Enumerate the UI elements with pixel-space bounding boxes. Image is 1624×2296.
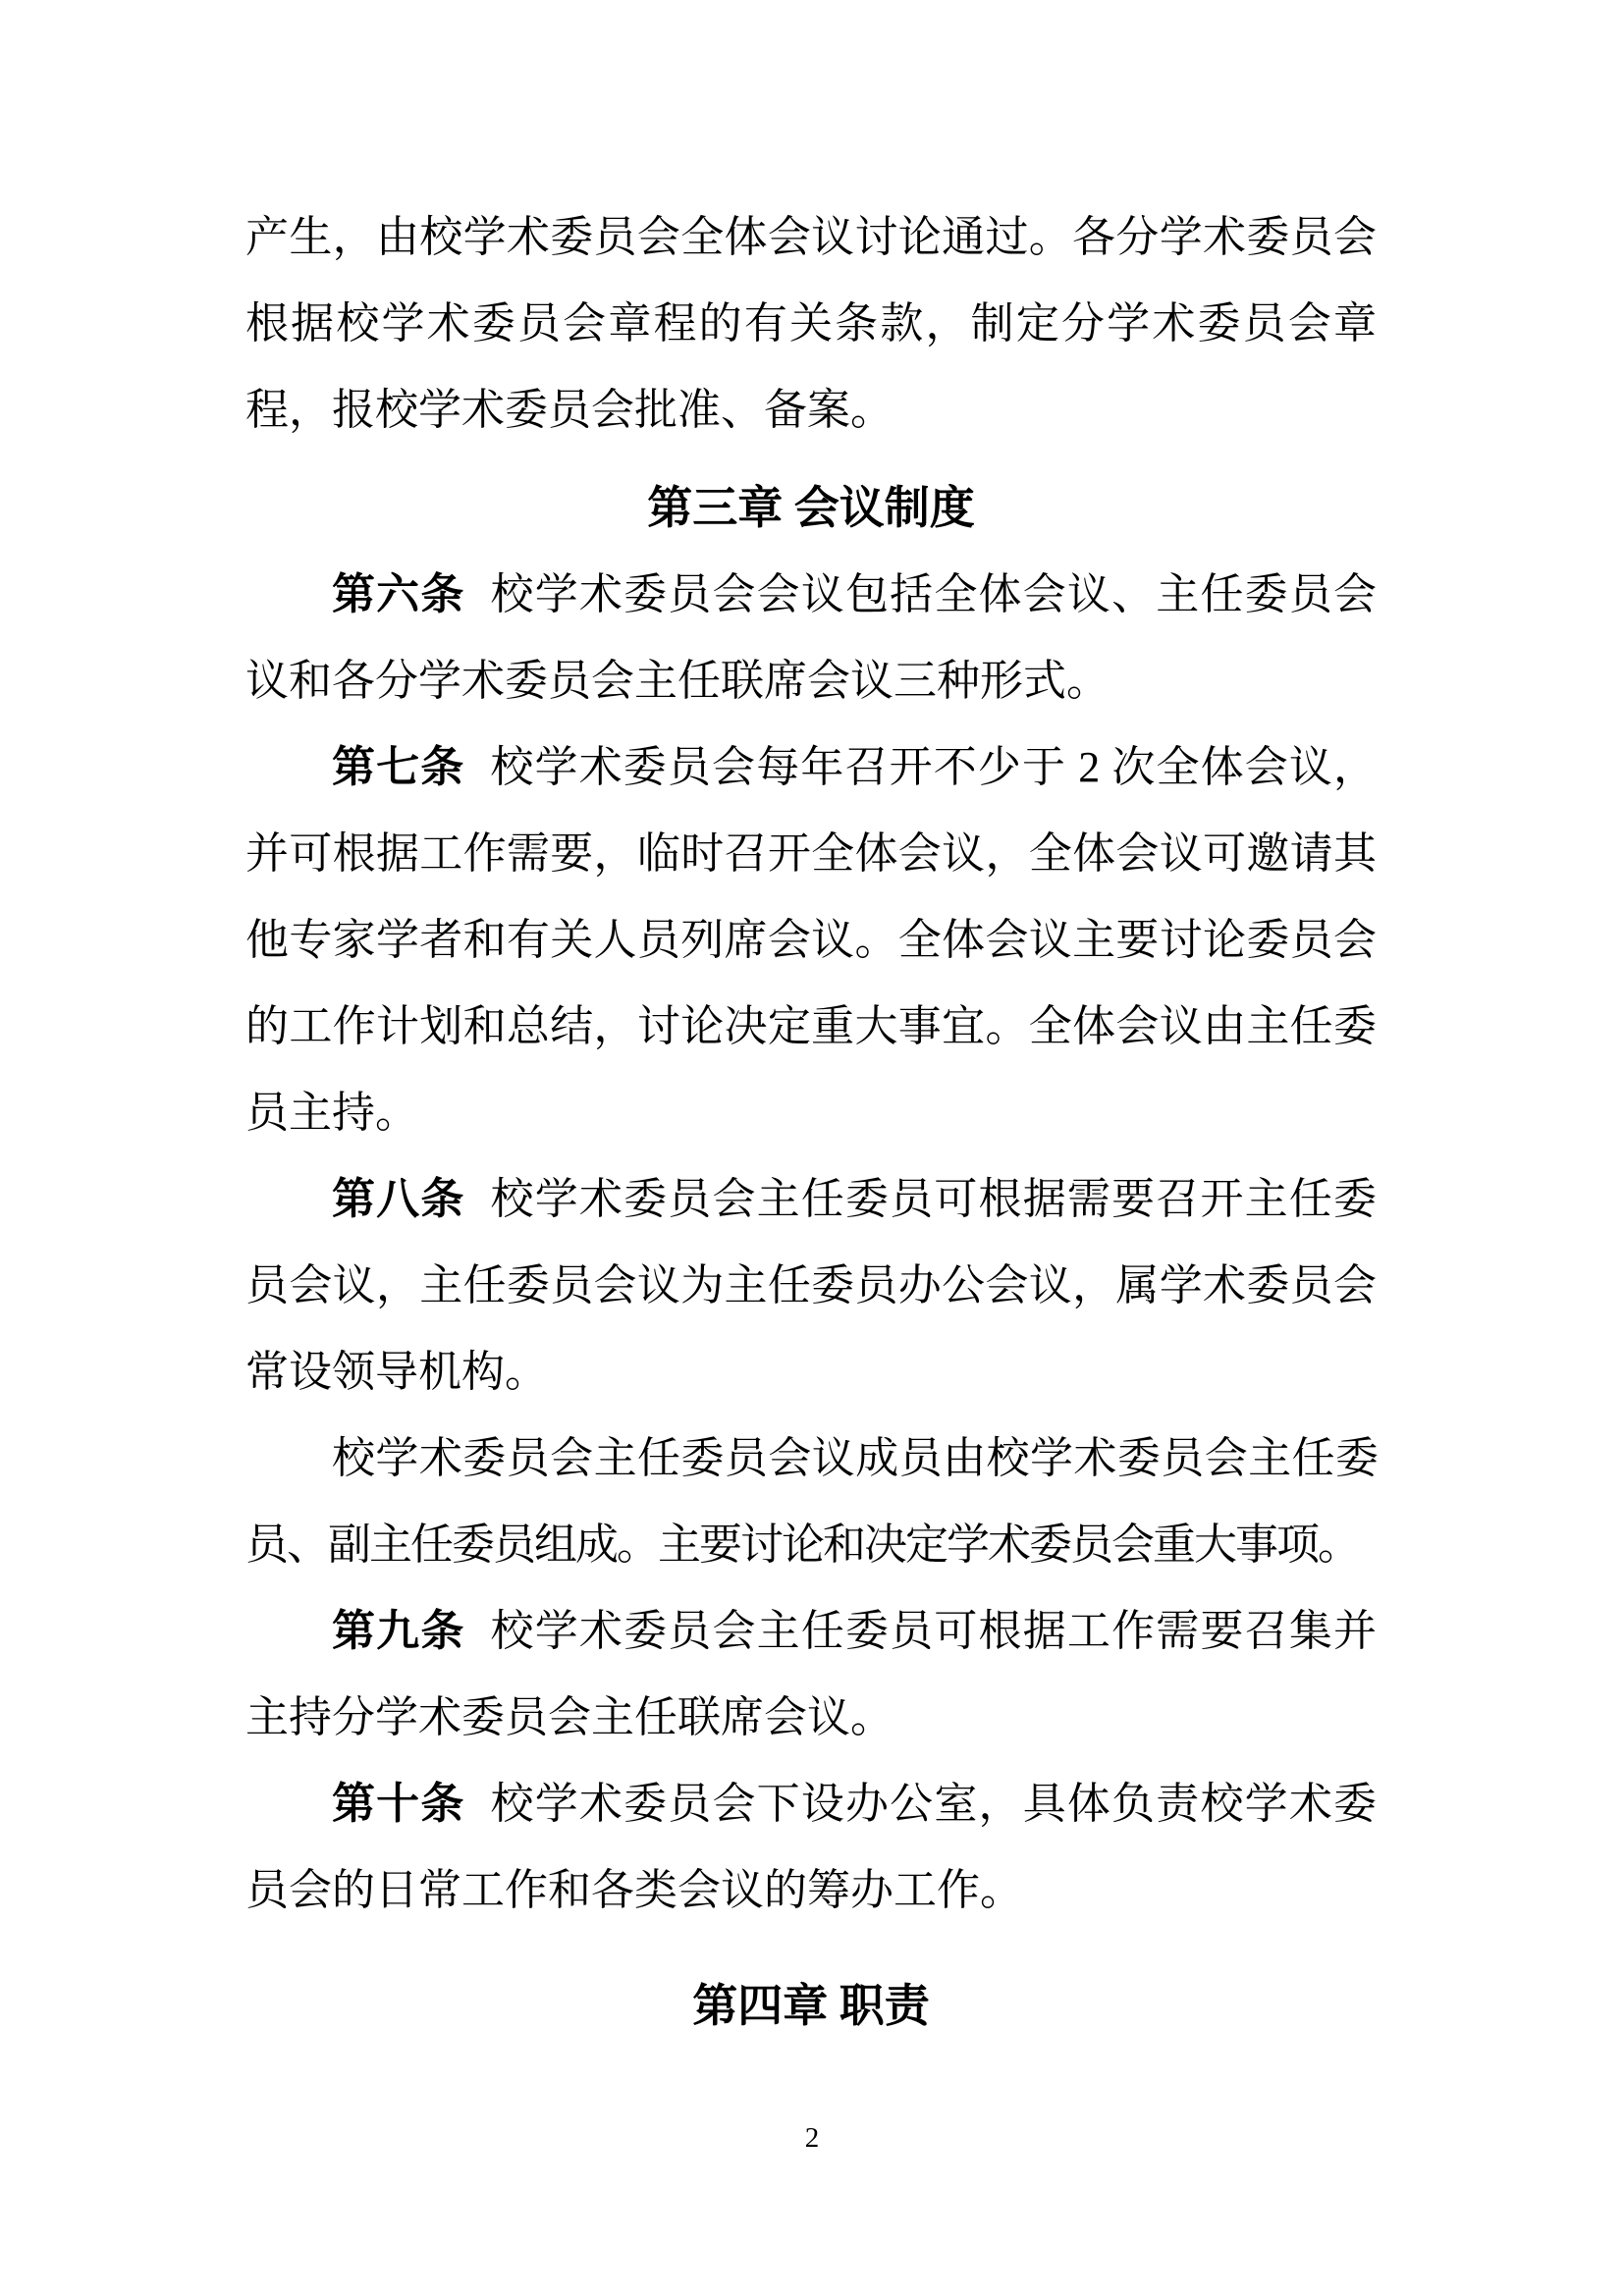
paragraph-article-6: 第六条校学术委员会会议包括全体会议、主任委员会议和各分学术委员会主任联席会议三种… bbox=[245, 552, 1377, 724]
article-9-label: 第九条 bbox=[332, 1607, 491, 1655]
article-10-label: 第十条 bbox=[332, 1780, 491, 1828]
document-body: 产生，由校学术委员会全体会议讨论通过。各分学术委员会根据校学术委员会章程的有关条… bbox=[245, 194, 1377, 2050]
paragraph-article-7: 第七条校学术委员会每年召开不少于 2 次全体会议，并可根据工作需要，临时召开全体… bbox=[245, 724, 1377, 1156]
paragraph-article-8-sub: 校学术委员会主任委员会议成员由校学术委员会主任委员、副主任委员组成。主要讨论和决… bbox=[245, 1415, 1377, 1588]
article-7-text: 校学术委员会每年召开不少于 2 次全体会议，并可根据工作需要，临时召开全体会议，… bbox=[245, 743, 1377, 1137]
paragraph-article-8: 第八条校学术委员会主任委员可根据需要召开主任委员会议，主任委员会议为主任委员办公… bbox=[245, 1156, 1377, 1415]
paragraph-continuation-text: 产生，由校学术委员会全体会议讨论通过。各分学术委员会根据校学术委员会章程的有关条… bbox=[245, 213, 1377, 434]
article-7-label: 第七条 bbox=[332, 743, 490, 791]
chapter-3-heading: 第三章 会议制度 bbox=[245, 465, 1377, 552]
chapter-4-heading: 第四章 职责 bbox=[245, 1963, 1377, 2050]
paragraph-article-9: 第九条校学术委员会主任委员可根据工作需要召集并主持分学术委员会主任联席会议。 bbox=[245, 1588, 1377, 1761]
article-6-label: 第六条 bbox=[332, 570, 491, 618]
article-8-label: 第八条 bbox=[332, 1175, 491, 1223]
article-8-sub-text: 校学术委员会主任委员会议成员由校学术委员会主任委员、副主任委员组成。主要讨论和决… bbox=[245, 1434, 1377, 1569]
paragraph-continuation: 产生，由校学术委员会全体会议讨论通过。各分学术委员会根据校学术委员会章程的有关条… bbox=[245, 194, 1377, 454]
page-number: 2 bbox=[0, 2120, 1624, 2156]
paragraph-article-10: 第十条校学术委员会下设办公室，具体负责校学术委员会的日常工作和各类会议的筹办工作… bbox=[245, 1761, 1377, 1934]
document-page: 产生，由校学术委员会全体会议讨论通过。各分学术委员会根据校学术委员会章程的有关条… bbox=[0, 0, 1624, 2296]
